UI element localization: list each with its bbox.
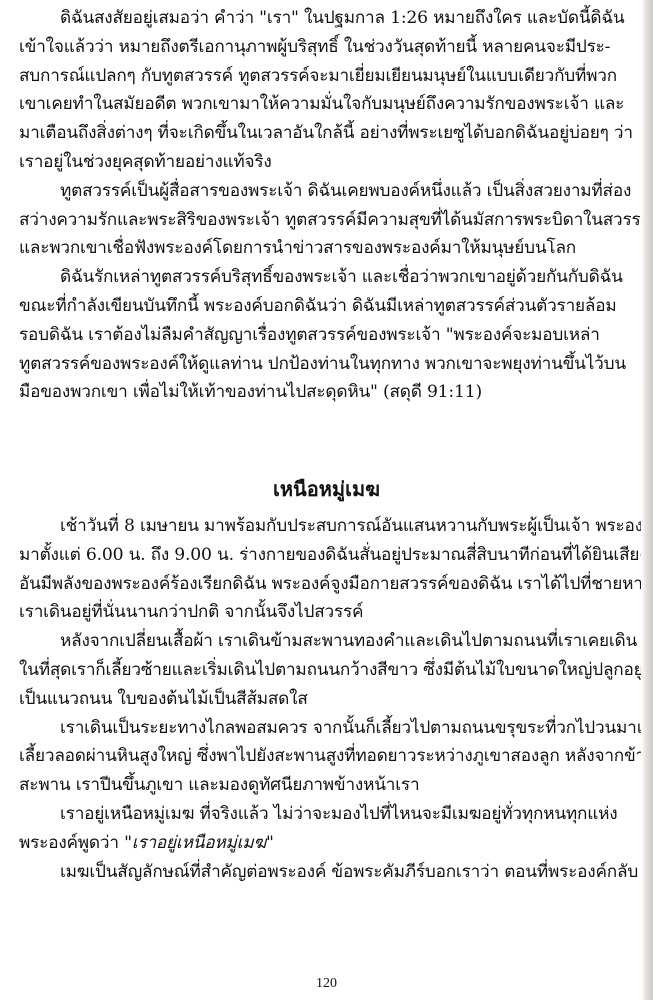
paragraph-line: เมฆเป็นสัญลักษณ์ที่สำคัญต่อพระองค์ ข้อพร…	[19, 858, 641, 887]
paragraph-line: เขาเคยทำในสมัยอดีต พวกเขามาให้ความมั่นใจ…	[19, 90, 641, 119]
paragraph-line: เลี้ยวลอดผ่านหินสูงใหญ่ ซึ่งพาไปยังสะพาน…	[19, 742, 641, 771]
paragraph-line: สะพาน เราปีนขึ้นภูเขา และมองดูทัศนียภาพข…	[19, 771, 641, 800]
paragraph-line: หลังจากเปลี่ยนเสื้อผ้า เราเดินข้ามสะพานท…	[19, 627, 641, 656]
section-1-body: ดิฉันสงสัยอยู่เสมอว่า คำว่า "เรา" ในปฐมก…	[19, 4, 641, 407]
italic-quote: "เราอยู่เหนือหมู่เมฆ"	[124, 833, 274, 853]
paragraph-line: รอบดิฉัน เราต้องไม่ลืมคำสัญญาเรื่องทูตสว…	[19, 321, 641, 350]
paragraph-line: มาเตือนถึงสิ่งต่างๆ ที่จะเกิดขึ้นในเวลาอ…	[19, 119, 641, 148]
page-number: 120	[0, 975, 653, 993]
paragraph-line: มือของพวกเขา เพื่อไม่ให้เท้าของท่านไปสะด…	[19, 378, 641, 407]
paragraph-line: เช้าวันที่ 8 เมษายน มาพร้อมกับประสบการณ์…	[19, 512, 641, 541]
section-heading: เหนือหมู่เมฆ	[0, 474, 653, 504]
paragraph-line: ดิฉันสงสัยอยู่เสมอว่า คำว่า "เรา" ในปฐมก…	[19, 4, 641, 33]
paragraph-text: พระองค์พูดว่า	[19, 833, 124, 853]
book-page: ดิฉันสงสัยอยู่เสมอว่า คำว่า "เรา" ในปฐมก…	[0, 0, 653, 1000]
paragraph-line: เข้าใจแล้วว่า หมายถึงตรีเอกานุภาพผู้บริส…	[19, 33, 641, 62]
paragraph-line: ขณะที่กำลังเขียนบันทึกนี้ พระองค์บอกดิฉั…	[19, 292, 641, 321]
paragraph-line: เราอยู่เหนือหมู่เมฆ ที่จริงแล้ว ไม่ว่าจะ…	[19, 800, 641, 829]
paragraph-line: เป็นแนวถนน ใบของต้นไม้เป็นสีส้มสดใส	[19, 685, 641, 714]
paragraph-line: สว่างความรักและพระสิริของพระเจ้า ทูตสวรร…	[19, 206, 641, 235]
paragraph-line: เราเดินอยู่ที่นั่นนานกว่าปกติ จากนั้นจึง…	[19, 598, 641, 627]
paragraph-line: ทูตสวรรค์เป็นผู้สื่อสารของพระเจ้า ดิฉันเ…	[19, 177, 641, 206]
paragraph-line: เราเดินเป็นระยะทางไกลพอสมควร จากนั้นก็เล…	[19, 714, 641, 743]
paragraph-line: ดิฉันรักเหล่าทูตสวรรค์บริสุทธิ์ของพระเจ้…	[19, 263, 641, 292]
paragraph-line: อันมีพลังของพระองค์ร้องเรียกดิฉัน พระองค…	[19, 570, 641, 599]
paragraph-line: และพวกเขาเชื่อฟังพระองค์โดยการนำข่าวสารข…	[19, 234, 641, 263]
paragraph-line: มาตั้งแต่ 6.00 น. ถึง 9.00 น. ร่างกายของ…	[19, 541, 641, 570]
paragraph-line: เราอยู่ในช่วงยุคสุดท้ายอย่างแท้จริง	[19, 148, 641, 177]
paragraph-line: สบการณ์แปลกๆ กับทูตสวรรค์ ทูตสวรรค์จะมาเ…	[19, 62, 641, 91]
section-2-body: เช้าวันที่ 8 เมษายน มาพร้อมกับประสบการณ์…	[19, 512, 641, 886]
paragraph-line-with-quote: พระองค์พูดว่า "เราอยู่เหนือหมู่เมฆ"	[19, 829, 641, 858]
paragraph-line: ทูตสวรรค์ของพระองค์ให้ดูแลท่าน ปกป้องท่า…	[19, 350, 641, 379]
paragraph-line: ในที่สุดเราก็เลี้ยวซ้ายและเริ่มเดินไปตาม…	[19, 656, 641, 685]
